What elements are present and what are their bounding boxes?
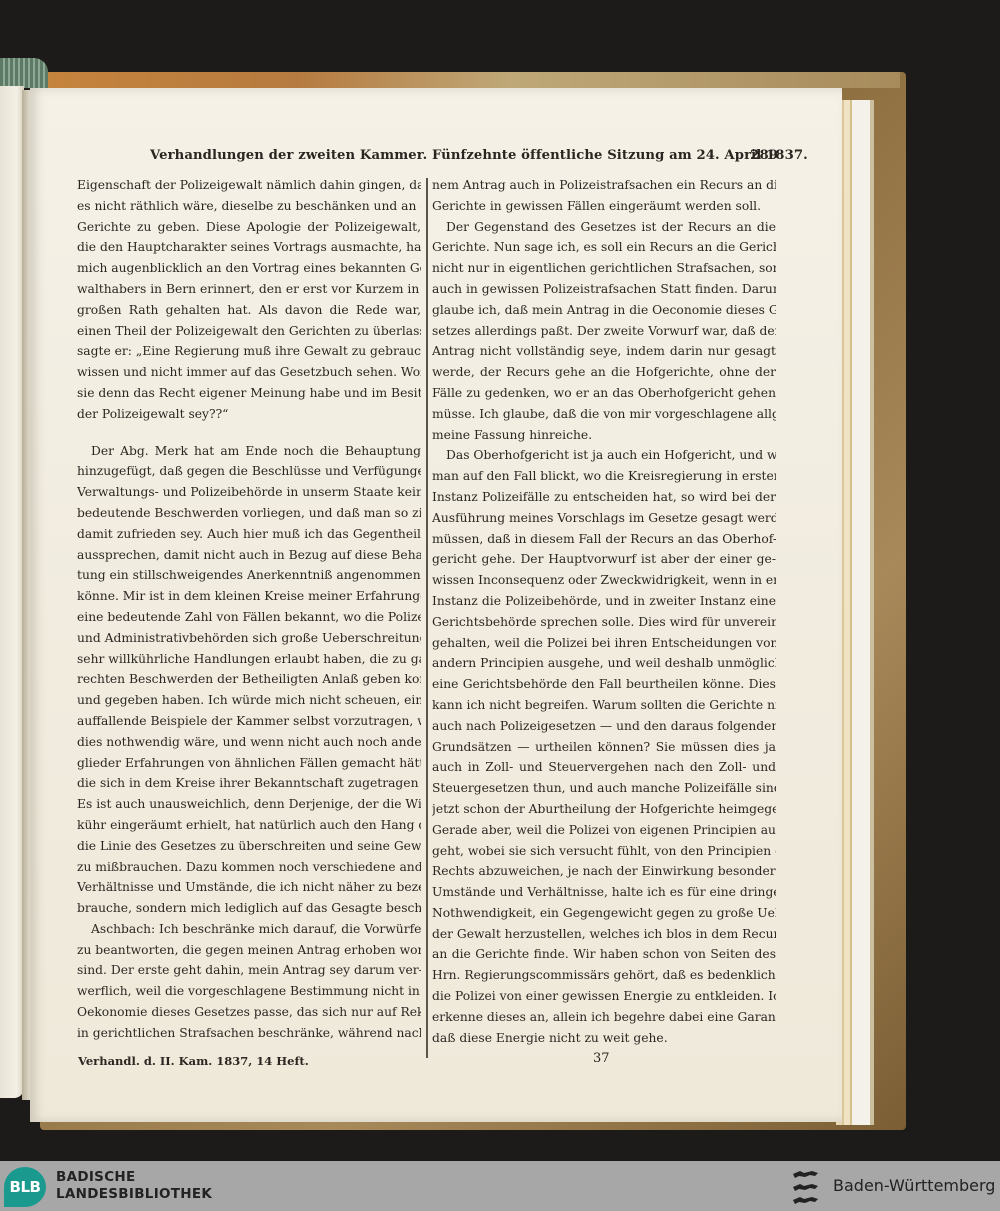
text-line: die den Hauptcharakter seines Vortrags a… <box>77 237 421 258</box>
text-line: Hrn. Regierungscommissärs gehört, daß es… <box>432 965 776 986</box>
text-line: gehalten, weil die Polizei bei ihren Ent… <box>432 633 776 654</box>
blb-line-1: BADISCHE <box>56 1169 212 1186</box>
blb-wordmark[interactable]: BADISCHE LANDESBIBLIOTHEK <box>56 1169 212 1203</box>
text-line: bedeutende Beschwerden vorliegen, und da… <box>77 503 421 524</box>
text-line: sind. Der erste geht dahin, mein Antrag … <box>77 960 421 981</box>
text-line: mich augenblicklich an den Vortrag eines… <box>77 258 421 279</box>
text-line: Das Oberhofgericht ist ja auch ein Hofge… <box>432 445 776 466</box>
text-line: Instanz Polizeifälle zu entscheiden hat,… <box>432 487 776 508</box>
book-spine <box>0 58 48 88</box>
text-line: einen Theil der Polizeigewalt den Gerich… <box>77 321 421 342</box>
text-line: dies nothwendig wäre, und wenn nicht auc… <box>77 732 421 753</box>
text-line: Steuergesetzen thun, und auch manche Pol… <box>432 778 776 799</box>
text-line: nicht nur in eigentlichen gerichtlichen … <box>432 258 776 279</box>
blb-line-2: LANDESBIBLIOTHEK <box>56 1186 212 1203</box>
text-line: auffallende Beispiele der Kammer selbst … <box>77 711 421 732</box>
text-line: man auf den Fall blickt, wo die Kreisreg… <box>432 466 776 487</box>
previous-page-edge <box>0 86 24 1098</box>
text-line: zu beantworten, die gegen meinen Antrag … <box>77 940 421 961</box>
text-line: der Gewalt herzustellen, welches ich blo… <box>432 924 776 945</box>
text-line: walthabers in Bern erinnert, den er erst… <box>77 279 421 300</box>
text-line: meine Fassung hinreiche. <box>432 425 776 446</box>
text-line: Gerichte. Nun sage ich, es soll ein Recu… <box>432 237 776 258</box>
text-line: glaube ich, daß mein Antrag in die Oecon… <box>432 300 776 321</box>
text-line: der Polizeigewalt sey??“ <box>77 404 421 425</box>
text-line: Verwaltungs- und Polizeibehörde in unser… <box>77 482 421 503</box>
text-line: müsse. Ich glaube, daß die von mir vorge… <box>432 404 776 425</box>
right-column: nem Antrag auch in Polizeistrafsachen ei… <box>432 175 776 1048</box>
text-line: Gerade aber, weil die Polizei von eigene… <box>432 820 776 841</box>
text-line: könne. Mir ist in dem kleinen Kreise mei… <box>77 586 421 607</box>
text-line: geht, wobei sie sich versucht fühlt, von… <box>432 841 776 862</box>
text-line: rechten Beschwerden der Betheiligten Anl… <box>77 669 421 690</box>
lions-emblem-icon <box>790 1166 822 1208</box>
text-line: und Administrativbehörden sich große Ueb… <box>77 628 421 649</box>
text-line: eine bedeutende Zahl von Fällen bekannt,… <box>77 607 421 628</box>
paragraph-gap <box>77 425 421 441</box>
text-line: Gerichte zu geben. Diese Apologie der Po… <box>77 217 421 238</box>
text-line: Instanz die Polizeibehörde, und in zweit… <box>432 591 776 612</box>
text-line: Gerichtsbehörde sprechen solle. Dies wir… <box>432 612 776 633</box>
text-line: aussprechen, damit nicht auch in Bezug a… <box>77 545 421 566</box>
text-line: tung ein stillschweigendes Anerkenntniß … <box>77 565 421 586</box>
text-line: glieder Erfahrungen von ähnlichen Fällen… <box>77 753 421 774</box>
running-head: Verhandlungen der zweiten Kammer. Fünfze… <box>150 148 780 170</box>
text-line: Der Gegenstand des Gesetzes ist der Recu… <box>432 217 776 238</box>
text-line: nem Antrag auch in Polizeistrafsachen ei… <box>432 175 776 196</box>
text-line: auch in Zoll- und Steuervergehen nach de… <box>432 757 776 778</box>
baden-wuerttemberg-wordmark[interactable]: Baden-Württemberg <box>833 1176 995 1195</box>
text-line: kühr eingeräumt erhielt, hat natürlich a… <box>77 815 421 836</box>
text-line: Es ist auch unausweichlich, denn Derjeni… <box>77 794 421 815</box>
text-line: zu mißbrauchen. Dazu kommen noch verschi… <box>77 857 421 878</box>
text-line: Nothwendigkeit, ein Gegengewicht gegen z… <box>432 903 776 924</box>
text-line: in gerichtlichen Strafsachen beschränke,… <box>77 1023 421 1044</box>
text-line: erkenne dieses an, allein ich begehre da… <box>432 1007 776 1028</box>
text-line: Grundsätzen — urtheilen können? Sie müss… <box>432 737 776 758</box>
cover-top-edge <box>40 72 900 88</box>
text-line: auch in gewissen Polizeistrafsachen Stat… <box>432 279 776 300</box>
text-line: setzes allerdings paßt. Der zweite Vorwu… <box>432 321 776 342</box>
text-line: es nicht räthlich wäre, dieselbe zu besc… <box>77 196 421 217</box>
signature-line: Verhandl. d. II. Kam. 1837, 14 Heft. <box>78 1054 309 1068</box>
text-line: werde, der Recurs gehe an die Hofgericht… <box>432 362 776 383</box>
text-line: Fälle zu gedenken, wo er an das Oberhofg… <box>432 383 776 404</box>
text-line: Ausführung meines Vorschlags im Gesetze … <box>432 508 776 529</box>
text-line: und gegeben haben. Ich würde mich nicht … <box>77 690 421 711</box>
text-line: Rechts abzuweichen, je nach der Einwirku… <box>432 861 776 882</box>
blb-logo[interactable]: BLB <box>4 1167 46 1207</box>
text-line: daß diese Energie nicht zu weit gehe. <box>432 1028 776 1049</box>
text-line: kann ich nicht begreifen. Warum sollten … <box>432 695 776 716</box>
text-line: eine Gerichtsbehörde den Fall beurtheile… <box>432 674 776 695</box>
text-line: Oekonomie dieses Gesetzes passe, das sic… <box>77 1002 421 1023</box>
text-line: Antrag nicht vollständig seye, indem dar… <box>432 341 776 362</box>
left-column: Eigenschaft der Polizeigewalt nämlich da… <box>77 175 421 1044</box>
text-line: sie denn das Recht eigener Meinung habe … <box>77 383 421 404</box>
text-line: an die Gerichte finde. Wir haben schon v… <box>432 944 776 965</box>
text-line: hinzugefügt, daß gegen die Beschlüsse un… <box>77 461 421 482</box>
text-line: jetzt schon der Aburtheilung der Hofgeri… <box>432 799 776 820</box>
text-line: andern Principien ausgehe, und weil desh… <box>432 653 776 674</box>
signature-number: 37 <box>593 1051 610 1066</box>
text-line: damit zufrieden sey. Auch hier muß ich d… <box>77 524 421 545</box>
text-line: gericht gehe. Der Hauptvorwurf ist aber … <box>432 549 776 570</box>
text-line: brauche, sondern mich lediglich auf das … <box>77 898 421 919</box>
text-line: wissen Inconsequenz oder Zweckwidrigkeit… <box>432 570 776 591</box>
text-line: müssen, daß in diesem Fall der Recurs an… <box>432 529 776 550</box>
text-line: Umstände und Verhältnisse, halte ich es … <box>432 882 776 903</box>
text-line: Verhältnisse und Umstände, die ich nicht… <box>77 877 421 898</box>
running-head-title: Verhandlungen der zweiten Kammer. Fünfze… <box>150 148 808 163</box>
page-number: 289 <box>750 148 778 163</box>
text-line: sehr willkührliche Handlungen erlaubt ha… <box>77 649 421 670</box>
text-line: auch nach Polizeigesetzen — und den dara… <box>432 716 776 737</box>
text-line: wissen und nicht immer auf das Gesetzbuc… <box>77 362 421 383</box>
text-line: die Linie des Gesetzes zu überschreiten … <box>77 836 421 857</box>
text-line: Der Abg. Merk hat am Ende noch die Behau… <box>77 441 421 462</box>
text-line: sagte er: „Eine Regierung muß ihre Gewal… <box>77 341 421 362</box>
text-line: großen Rath gehalten hat. Als davon die … <box>77 300 421 321</box>
text-line: Eigenschaft der Polizeigewalt nämlich da… <box>77 175 421 196</box>
text-line: werflich, weil die vorgeschlagene Bestim… <box>77 981 421 1002</box>
text-line: Aschbach: Ich beschränke mich darauf, di… <box>77 919 421 940</box>
scan-viewer: Verhandlungen der zweiten Kammer. Fünfze… <box>0 0 1000 1160</box>
text-line: die sich in dem Kreise ihrer Bekanntscha… <box>77 773 421 794</box>
text-line: die Polizei von einer gewissen Energie z… <box>432 986 776 1007</box>
text-line: Gerichte in gewissen Fällen eingeräumt w… <box>432 196 776 217</box>
column-rule <box>426 178 428 1058</box>
footer-bar: BLB BADISCHE LANDESBIBLIOTHEK Baden-Würt… <box>0 1161 1000 1211</box>
